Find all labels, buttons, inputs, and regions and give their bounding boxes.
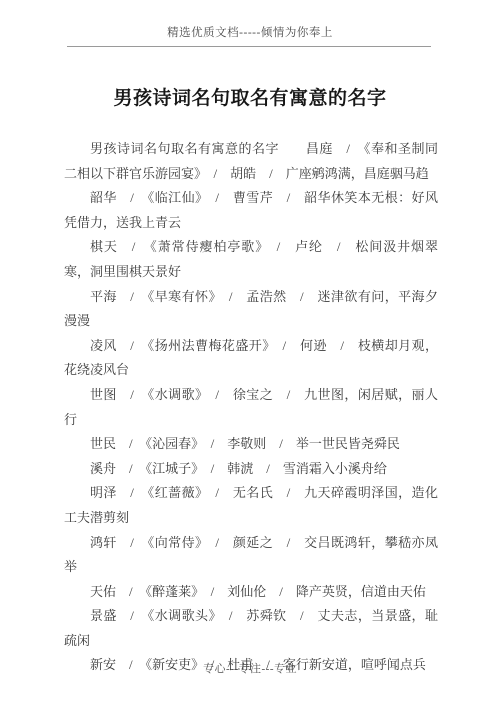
name-entry-paragraph: 世民 / 《沁园春》 / 李敬则 / 举一世民皆尧舜民 xyxy=(64,432,438,457)
header-divider-line xyxy=(67,46,431,47)
name-entry-paragraph: 景盛 / 《水调歌头》 / 苏舜钦 / 丈夫志，当景盛，耻疏闲 xyxy=(64,604,438,653)
name-entry-paragraph: 棋天 / 《萧常侍瘿柏亭歌》 / 卢纶 / 松间汲井烟翠寒，洞里围棋天景好 xyxy=(64,235,438,284)
document-footer-text: 专心---专注---专业 xyxy=(0,660,500,676)
name-entry-paragraph: 凌风 / 《扬州法曹梅花盛开》 / 何逊 / 枝横却月观，花绕凌风台 xyxy=(64,334,438,383)
name-entry-paragraph: 平海 / 《早寒有怀》 / 孟浩然 / 迷津欲有问，平海夕漫漫 xyxy=(64,285,438,334)
name-entry-paragraph: 溪舟 / 《江城子》 / 韩淲 / 雪消霜入小溪舟给 xyxy=(64,457,438,482)
name-entry-paragraph: 鸿轩 / 《向常侍》 / 颜延之 / 交吕既鸿轩，攀嵇亦凤举 xyxy=(64,531,438,580)
document-header-text: 精选优质文档-----倾情为你奉上 xyxy=(0,24,500,40)
name-entry-paragraph: 天佑 / 《醉蓬莱》 / 刘仙伦 / 降产英贤，信道由天佑 xyxy=(64,580,438,605)
name-entry-paragraph: 明泽 / 《红蔷薇》 / 无名氏 / 九天碎霞明泽国，造化工夫潜剪刻 xyxy=(64,481,438,530)
name-entry-paragraph: 男孩诗词名句取名有寓意的名字 昌庭 / 《奉和圣制同二相以下群官乐游园宴》 / … xyxy=(64,137,438,186)
name-entry-paragraph: 韶华 / 《临江仙》 / 曹雪芹 / 韶华休笑本无根：好风凭借力，送我上青云 xyxy=(64,186,438,235)
page-title: 男孩诗词名句取名有寓意的名字 xyxy=(0,83,500,110)
document-body: 男孩诗词名句取名有寓意的名字 昌庭 / 《奉和圣制同二相以下群官乐游园宴》 / … xyxy=(64,137,438,678)
document-page: 精选优质文档-----倾情为你奉上 男孩诗词名句取名有寓意的名字 男孩诗词名句取… xyxy=(0,0,500,708)
name-entry-paragraph: 世图 / 《水调歌》 / 徐宝之 / 九世图，闲居赋，丽人行 xyxy=(64,383,438,432)
